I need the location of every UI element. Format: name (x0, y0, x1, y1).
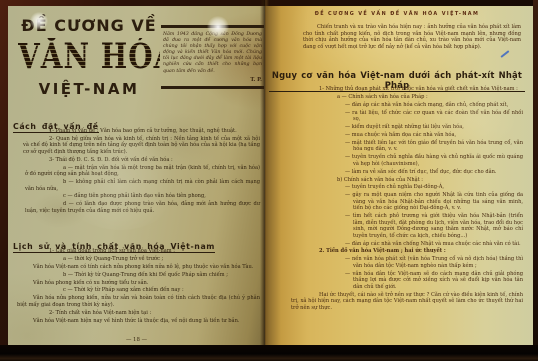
document-paragraph: — nền văn hóa phát xít (văn hóa Trung cổ… (345, 256, 523, 269)
document-paragraph: a — thời kỳ Quang-Trung trở về trước ; (25, 256, 260, 263)
page-number: — 18 — (8, 337, 265, 343)
document-paragraph: b — không phải chỉ làm cách mạng chính t… (25, 179, 260, 192)
editor-note-text: Năm 1943 đảng Cộng sản Đông Dương đã đưa… (163, 32, 262, 75)
document-paragraph: 2- Quan hệ giữa văn hóa và kinh tế, chín… (23, 136, 260, 156)
document-paragraph: — tuyên truyền chủ nghĩa đầu hàng và chủ… (345, 154, 523, 167)
document-paragraph: a — mặt trận văn hóa là một trong ba mặt… (25, 165, 260, 178)
intro-paragraph-block: Chiến tranh và xu trào văn hóa hiện nay … (303, 24, 521, 51)
document-title-block: ĐỀ CƯƠNG VỀ VĂN HÓA VIỆT-NAM (18, 16, 160, 98)
document-spread: ĐỀ CƯƠNG VỀ VĂN HÓA VIỆT-NAM Năm 1943 đả… (8, 6, 533, 345)
document-paragraph: d — có lãnh đạo được phong trào văn hóa,… (25, 201, 260, 214)
document-paragraph: — gây ra một quan niệm cho người Nhật là… (345, 192, 523, 212)
document-paragraph: b — Thời kỳ từ Quang-Trung đến khi Đế qu… (25, 272, 260, 279)
section-2-body: 1- Các giai đoạn trong lịch sử văn hóa V… (13, 248, 260, 326)
document-paragraph: Chiến tranh và xu trào văn hóa hiện nay … (303, 24, 521, 50)
document-paragraph: Văn hóa nửa phong kiến, nửa tư sản và ho… (17, 295, 260, 308)
document-paragraph: — tuyên truyền chủ nghĩa Đại-đông-Á, (345, 184, 523, 191)
document-paragraph: 3- Thái độ Đ. C. S. Đ. D. đối với vấn đề… (23, 157, 260, 164)
editor-note-signature: T. P. (163, 77, 262, 83)
document-page-left: ĐỀ CƯƠNG VỀ VĂN HÓA VIỆT-NAM Năm 1943 đả… (8, 6, 265, 345)
document-paragraph: 1- Những thủ đoạn phát xít trói buộc văn… (279, 86, 523, 93)
frame-edge-bottom (0, 345, 538, 361)
document-paragraph: Hai ức thuyết, cái nào sẽ trở nên sự thự… (291, 292, 523, 312)
document-paragraph: 1- Phạm vi vấn đề : Văn hóa bao gồm cả t… (23, 128, 260, 135)
frame-edge-right (533, 0, 538, 361)
document-paragraph: 1- Các giai đoạn trong lịch sử văn hóa V… (23, 248, 260, 255)
page-seam-shadow (260, 0, 269, 361)
document-paragraph: — đàn áp các nhà văn chống Nhật và mua c… (345, 241, 523, 248)
title-line-1: ĐỀ CƯƠNG VỀ (18, 16, 160, 35)
document-paragraph: b) Chính sách văn hóa của Nhật : (337, 177, 523, 184)
document-paragraph: a — Chính sách văn hóa của Pháp : (337, 94, 523, 101)
document-paragraph: — mua chuộc và hăm dọa các nhà văn hóa, (345, 132, 523, 139)
document-paragraph: — ra tài liệu, tổ chức các cơ quan và cá… (345, 110, 523, 123)
document-paragraph: Văn hóa Việt-nam có tính cách nửa phong … (17, 264, 260, 271)
section-1-body: 1- Phạm vi vấn đề : Văn hóa bao gồm cả t… (13, 128, 260, 216)
document-paragraph: c — Thời kỳ từ Pháp sang xâm chiếm đến n… (25, 287, 260, 294)
section-nguy-co-body: 1- Những thủ đoạn phát xít trói buộc văn… (277, 86, 523, 313)
document-paragraph: — làm ra vẻ săn sóc đến trí dục, thể dục… (345, 169, 523, 176)
document-paragraph: — mật thiết liên lạc với tôn giáo để tru… (345, 140, 523, 153)
document-paragraph: c — đảng tiên phong phải lãnh đạo văn hó… (25, 193, 260, 200)
document-paragraph: — đàn áp các nhà văn hóa cách mạng, dân … (345, 102, 523, 109)
running-header: ĐỀ CƯƠNG VỀ VẤN ĐỀ VĂN HÓA VIỆT-NAM (265, 11, 529, 17)
document-paragraph: — kiểm duyệt rất ngặt những tài liệu văn… (345, 124, 523, 131)
document-paragraph: — tìm hết cách phô trương và giới thiệu … (345, 213, 523, 239)
editor-note-box: Năm 1943 đảng Cộng sản Đông Dương đã đưa… (161, 25, 264, 89)
document-paragraph: 2. Tiền đồ văn hóa Việt-nam ; hai ức thu… (279, 248, 523, 255)
document-paragraph: Văn hóa phong kiến có xu hướng tiểu tư s… (17, 280, 260, 287)
document-paragraph: 2- Tính chất văn hóa Việt-nam hiện tại : (23, 310, 260, 317)
document-paragraph: — văn hóa dân tộc Việt-nam sẽ do cách mạ… (345, 271, 523, 291)
framed-document-photo: ĐỀ CƯƠNG VỀ VĂN HÓA VIỆT-NAM Năm 1943 đả… (0, 0, 538, 361)
document-page-right: ĐỀ CƯƠNG VỀ VẤN ĐỀ VĂN HÓA VIỆT-NAM Chiế… (265, 6, 533, 345)
document-paragraph: Văn hóa Việt-nam hiện nay về hình thức l… (17, 318, 260, 325)
title-line-3: VIỆT-NAM (18, 80, 160, 98)
title-line-2: VĂN HÓA (18, 38, 160, 76)
